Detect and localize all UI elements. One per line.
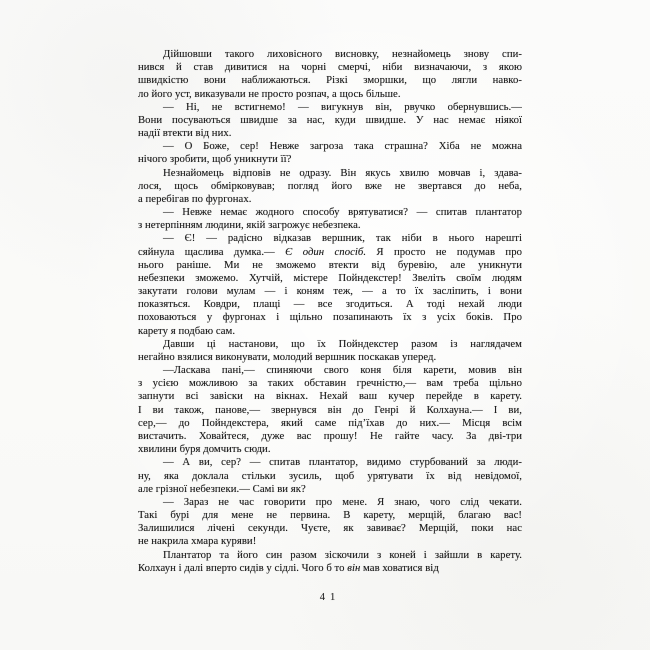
- text-line: Залишилися лічені секунди. Чуєте, як зав…: [138, 522, 522, 535]
- text-line: — Невже немає жодного способу врятуватис…: [138, 206, 522, 219]
- text-line: Вони посуваються швидше за нас, куди шви…: [138, 114, 522, 127]
- text-line: вистачить. Ховайтеся, дуже вас прошу! Не…: [138, 430, 522, 443]
- paragraph: — Невже немає жодного способу врятуватис…: [138, 206, 522, 232]
- text-line: Такі бурі для мене не первина. В карету,…: [138, 509, 522, 522]
- paragraph: Давши ці настанови, що їх Пойндекстер ра…: [138, 338, 522, 364]
- paragraph: Незнайомець відповів не одразу. Він якус…: [138, 167, 522, 207]
- text-line: — А ви, сер? — спитав плантатор, видимо …: [138, 456, 522, 469]
- text-line: запнути всі завіски на вікнах. Нехай ваш…: [138, 390, 522, 403]
- text-line: Давши ці настанови, що їх Пойндекстер ра…: [138, 338, 522, 351]
- text-line: карету я подбаю сам.: [138, 325, 522, 338]
- text-line: Колхаун і далі вперто сидів у сідлі. Чог…: [138, 562, 522, 575]
- text-line: — Є! — радісно відказав вершник, так ніб…: [138, 232, 522, 245]
- text-line: закутати голови мулам — і коням теж, — а…: [138, 285, 522, 298]
- text-line: ло його уст, виказували не просто розпач…: [138, 88, 522, 101]
- text-line: І ви також, панове,— звернувся він до Ге…: [138, 404, 522, 417]
- text-line: — Ні, не встигнемо! — вигукнув він, рвуч…: [138, 101, 522, 114]
- text-line: швидкістю вони наближаються. Різкі зморш…: [138, 74, 522, 87]
- text-line: але грізної небезпеки.— Самі ви як?: [138, 483, 522, 496]
- paragraph: Плантатор та його син разом зіскочили з …: [138, 549, 522, 575]
- text-line: надії втекти від них.: [138, 127, 522, 140]
- text-line: з нетерпінням людини, якій загрожує небе…: [138, 219, 522, 232]
- text-line: Дійшовши такого лиховісного висновку, не…: [138, 48, 522, 61]
- text-line: лося, щось обмірковував; погляд його вже…: [138, 180, 522, 193]
- text-line: не накрила хмара куряви!: [138, 535, 522, 548]
- book-page: Дійшовши такого лиховісного висновку, не…: [0, 0, 650, 650]
- text-line: небезпеки зможемо. Хутчій, містере Пойнд…: [138, 272, 522, 285]
- text-line: поховаються у фургонах і щільно позапина…: [138, 311, 522, 324]
- paragraph: — Зараз не час говорити про мене. Я знаю…: [138, 496, 522, 549]
- paragraph: — Є! — радісно відказав вершник, так ніб…: [138, 232, 522, 337]
- text-line: сяйнула щаслива думка.— Є один спосіб. Я…: [138, 246, 522, 259]
- text-line: а перебігав по фургонах.: [138, 193, 522, 206]
- text-line: негайно взялися виконувати, молодий верш…: [138, 351, 522, 364]
- text-line: —Ласкава пані,— спиняючи свого коня біля…: [138, 364, 522, 377]
- text-line: Плантатор та його син разом зіскочили з …: [138, 549, 522, 562]
- paragraph: — О Боже, сер! Невже загроза така страшн…: [138, 140, 522, 166]
- paragraph: — Ні, не встигнемо! — вигукнув він, рвуч…: [138, 101, 522, 141]
- text-line: Незнайомець відповів не одразу. Він якус…: [138, 167, 522, 180]
- text-line: нічого зробити, щоб уникнути її?: [138, 153, 522, 166]
- text-line: сер,— до Пойндекстера, який саме під’їха…: [138, 417, 522, 430]
- text-line: нього раніше. Ми не зможемо втекти від б…: [138, 259, 522, 272]
- page-number: 41: [0, 592, 650, 603]
- text-line: нився й став дивитися на чорні смерчі, н…: [138, 61, 522, 74]
- text-line: показяться. Ковдри, плащі — все згодитьс…: [138, 298, 522, 311]
- text-line: хвилини буря домчить сюди.: [138, 443, 522, 456]
- paragraph: — А ви, сер? — спитав плантатор, видимо …: [138, 456, 522, 496]
- paragraph: Дійшовши такого лиховісного висновку, не…: [138, 48, 522, 101]
- text-line: — О Боже, сер! Невже загроза така страшн…: [138, 140, 522, 153]
- text-line: ну, яка доклала стільки зусиль, щоб урят…: [138, 470, 522, 483]
- text-line: з усією можливою за таких обставин гречн…: [138, 377, 522, 390]
- text-block: Дійшовши такого лиховісного висновку, не…: [138, 48, 522, 575]
- paragraph: —Ласкава пані,— спиняючи свого коня біля…: [138, 364, 522, 456]
- text-line: — Зараз не час говорити про мене. Я знаю…: [138, 496, 522, 509]
